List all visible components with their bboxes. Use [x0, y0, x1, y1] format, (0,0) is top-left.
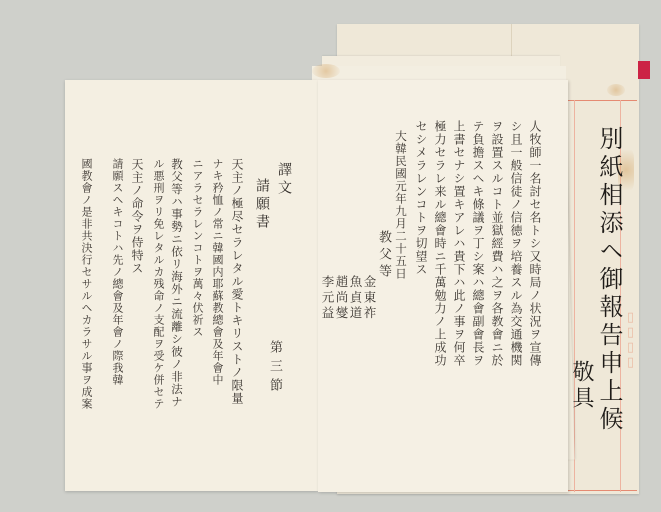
signature-name: 魚貞道 — [348, 275, 362, 322]
text-column: 天主ノ極尽セラレタル愛トキリストノ限量 — [230, 158, 244, 405]
text-column: 教父等ハ事勢ニ依リ海外ニ流離シ彼ノ非法ナ — [170, 158, 184, 408]
age-stain — [607, 84, 625, 96]
text-column: ニアラセラレンコトヲ萬々伏祈ス — [190, 158, 204, 338]
text-column: ル悪刑ヲリ免レタルカ残命ノ支配ヲ受ケ併セテ — [151, 158, 165, 410]
translation-page-left: 譯文 請願書 第三節 天主ノ極尽セラレタル愛トキリストノ限量 ナキ矜恤ノ常ニ韓國… — [65, 80, 318, 491]
text-column: 天主ノ命令ヲ侍特ス — [130, 158, 144, 275]
text-column: テ負擔スヘキ條議ヲ丁シ案ハ總會副會長ヲ — [471, 120, 485, 367]
text-column: ナキ矜恤ノ常ニ韓國内耶蘇教總會及年會中 — [210, 158, 224, 386]
text-column: シ且一般信徒ノ信徳ヲ培養スル為交通機関 — [509, 120, 523, 367]
signature-name: 李元益 — [320, 275, 334, 322]
text-column: 人牧師一名討セ名トシ又時局ノ状況ヲ宣傳 — [528, 120, 542, 367]
red-rule-bottom — [566, 490, 637, 491]
heading-petition: 請願書 — [255, 178, 269, 232]
age-stain — [312, 64, 340, 78]
red-tab-marker — [638, 61, 650, 79]
red-rule-top — [566, 100, 637, 101]
signature-name: 趙尚燮 — [334, 275, 348, 322]
date-line: 大韓民國元年九月二十五日 — [394, 130, 408, 280]
text-column: 國教會ノ是非共決行セサルヘカラサル事ヲ成案 — [79, 158, 93, 410]
signature-name: 金東祚 — [362, 275, 376, 322]
right-document-title: 別紙相添ヘ御報告申上候 — [592, 126, 627, 434]
text-column: ヲ設置スルコト並獄經費ハ之ヲ各教會ニ於 — [490, 120, 504, 367]
text-column: 上書セナシ置キアレハ貴下ハ此ノ事ヲ何卒 — [452, 120, 466, 367]
translation-page-right: 人牧師一名討セ名トシ又時局ノ状況ヲ宣傳 シ且一般信徒ノ信徳ヲ培養スル為交通機関 … — [318, 80, 568, 492]
section-label: 第三節 — [267, 340, 281, 397]
text-column: セシメラレンコトヲ切望ス — [414, 120, 428, 276]
heading-translation: 譯文 — [277, 162, 291, 198]
text-column: 極力セラレ来ル總會時ニ千萬勉力ノ上成功 — [433, 120, 447, 367]
red-rule-column — [574, 100, 575, 492]
signer-label: 教父等 — [376, 230, 390, 281]
text-column: 請願スヘキコトハ先ノ總會及年會ノ際我韓 — [110, 158, 124, 386]
